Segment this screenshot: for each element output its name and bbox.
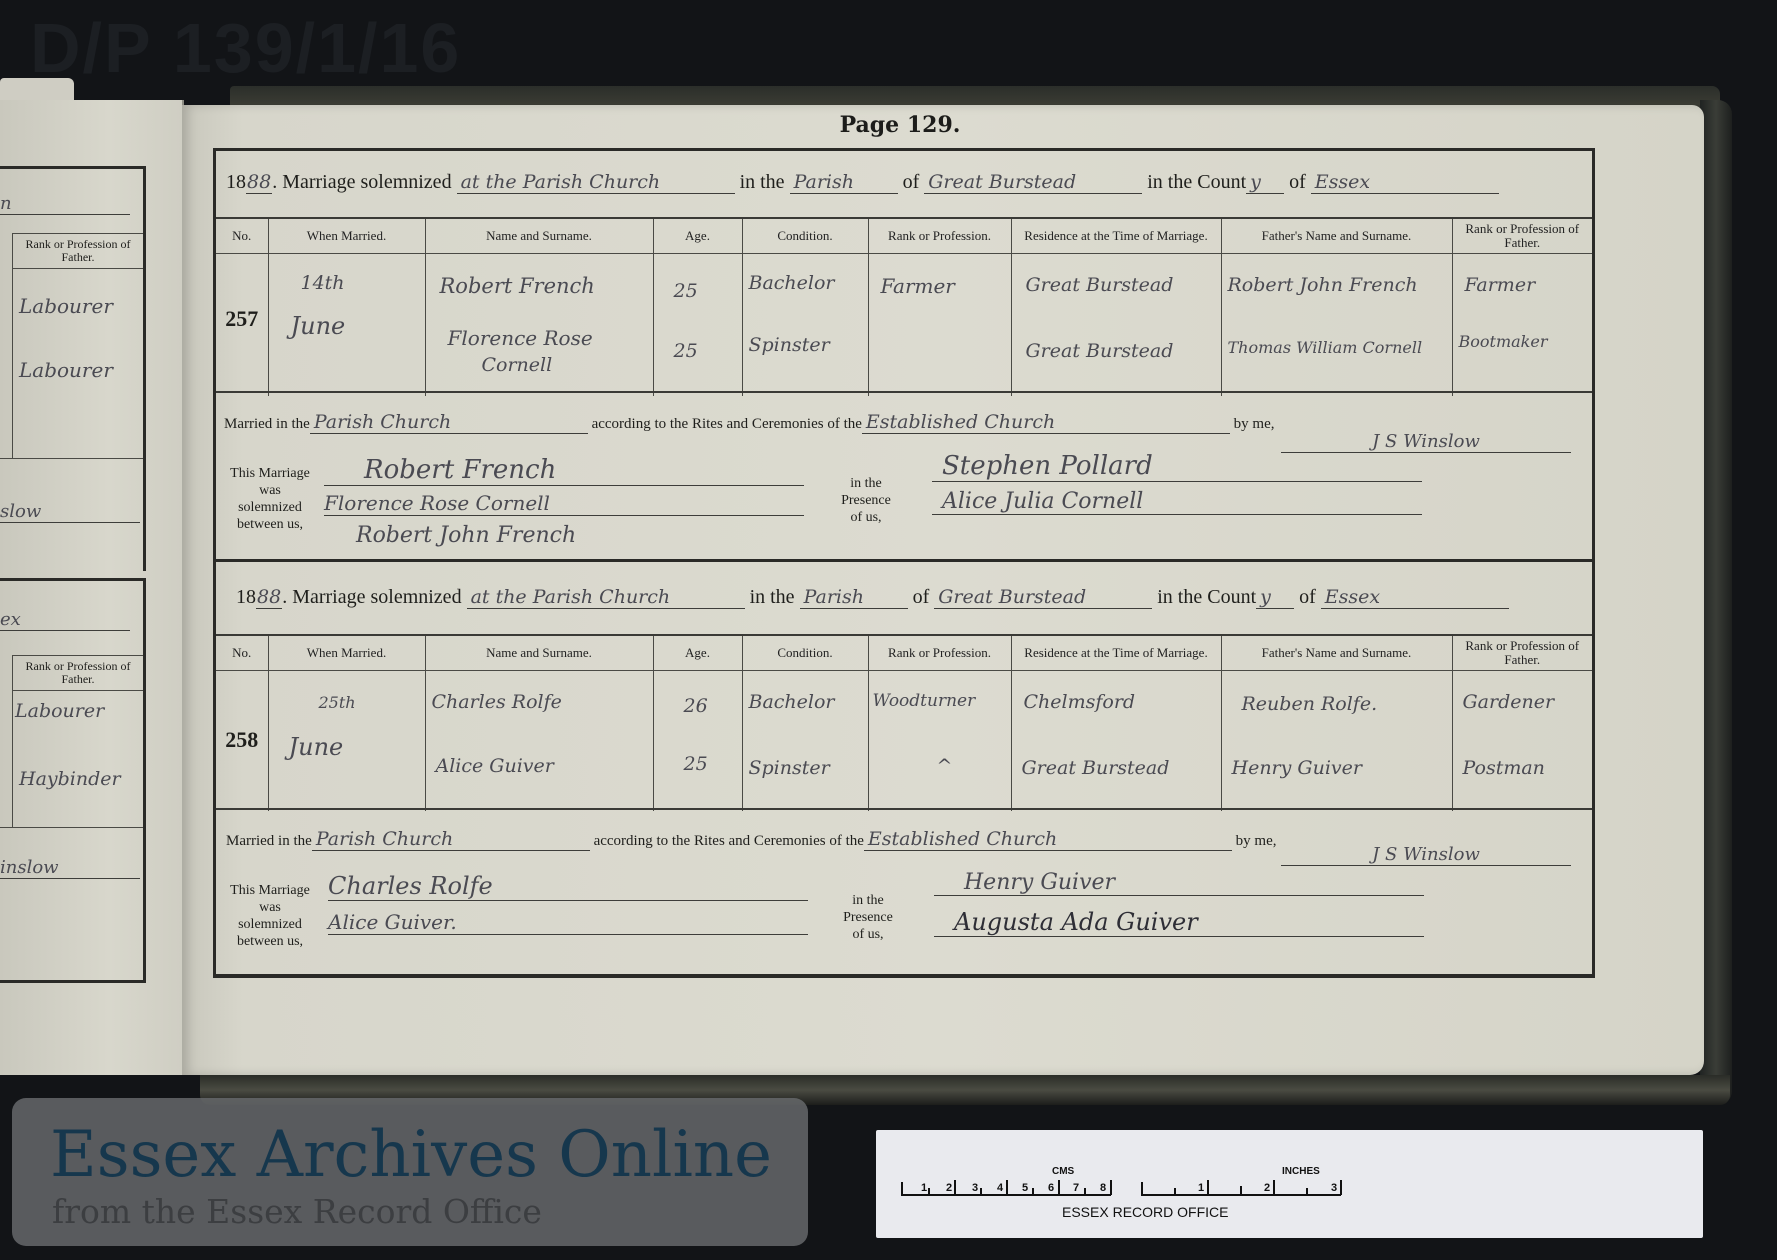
left-divider-2 [0, 827, 143, 828]
cm-tick [1006, 1180, 1008, 1195]
married-in-line: Married in theParish Church according to… [224, 411, 1274, 434]
cell-father-name: Reuben Rolfe. Henry Guiver [1221, 671, 1452, 811]
marriage-solemnized-label: . Marriage solemnized [272, 171, 451, 193]
cell-no: 257 [216, 254, 268, 396]
bride-profession-2: ^ [937, 755, 1007, 777]
col-rank: Rank or Profession. [868, 635, 1011, 671]
by-me-label: by me, [1234, 416, 1275, 432]
cell-when: 14th June [268, 254, 425, 396]
left-officiant-tail-2: inslow [0, 857, 140, 879]
groom-condition: Bachelor [749, 272, 864, 294]
col-name: Name and Surname. [425, 218, 653, 254]
col-rank: Rank or Profession. [868, 218, 1011, 254]
groom-father-profession-2: Gardener [1463, 691, 1589, 713]
col-no: No. [216, 635, 268, 671]
groom-father-profession: Farmer [1465, 274, 1589, 296]
cell-name: Charles Rolfe Alice Guiver [425, 671, 653, 811]
left-county-tail: n [0, 193, 130, 215]
groom-father-name-2: Reuben Rolfe. [1242, 693, 1448, 715]
cell-residence: Chelmsford Great Burstead [1011, 671, 1221, 811]
party-extra-signature: Robert John French [356, 523, 576, 548]
cm-tick [954, 1180, 956, 1195]
bride-condition: Spinster [749, 334, 864, 356]
bride-surname: Cornell [482, 354, 649, 376]
county-label-2: in the Count [1157, 586, 1256, 608]
lbl-of-us-2: of us, [828, 926, 908, 943]
cm-tick [1058, 1180, 1060, 1195]
inch-tick [1273, 1180, 1275, 1195]
party-signature-1-2: Charles Rolfe [328, 872, 808, 901]
lbl-between-us-2: between us, [220, 933, 320, 950]
inch-tick [1306, 1188, 1308, 1195]
left-page: n Rank or Profession of Father. Labourer… [0, 100, 184, 1075]
lbl-was-2: was [220, 899, 320, 916]
cm-number: 7 [1073, 1182, 1079, 1194]
inch-tick [1340, 1180, 1342, 1195]
col-father-name: Father's Name and Surname. [1221, 218, 1452, 254]
officiant-signature-2: J S Winslow [1281, 844, 1571, 866]
in-the-label: in the [740, 171, 785, 193]
of-label: of [903, 171, 920, 193]
witness-signature-1: Stephen Pollard [932, 451, 1422, 482]
inch-number: 2 [1264, 1182, 1270, 1194]
col-age: Age. [653, 218, 742, 254]
place-2: Great Burstead [934, 586, 1152, 609]
col-residence: Residence at the Time of Marriage. [1011, 218, 1221, 254]
cm-number: 5 [1022, 1182, 1028, 1194]
party-signature-1: Robert French [324, 455, 804, 486]
of-label-2: of [913, 586, 930, 608]
cell-age: 26 25 [653, 671, 742, 811]
left-father-prof-1: Labourer [19, 294, 113, 318]
county-of-label-2: of [1299, 586, 1316, 608]
married-month-2: June [289, 733, 421, 761]
watermark-subtitle: from the Essex Record Office [52, 1192, 542, 1231]
cell-father-rank: Gardener Postman [1452, 671, 1592, 811]
col-father-name: Father's Name and Surname. [1221, 635, 1452, 671]
cell-condition: Bachelor Spinster [742, 254, 868, 396]
bride-age: 25 [674, 340, 738, 362]
lbl-was: was [220, 482, 320, 499]
witness-signature-2: Alice Julia Cornell [932, 489, 1422, 515]
left-father-prof-4: Haybinder [19, 768, 121, 790]
left-divider [0, 458, 143, 459]
cell-father-rank: Farmer Bootmaker [1452, 254, 1592, 396]
book-cover-right [1700, 100, 1732, 1105]
left-col-header-2: Rank or Profession of Father. [13, 656, 143, 691]
according-to-label: according to the Rites and Ceremonies of… [592, 416, 862, 432]
parish-2: Parish [800, 586, 908, 609]
cell-no: 258 [216, 671, 268, 811]
left-father-prof-2: Labourer [19, 358, 113, 382]
marriage-entry-257: 1888. Marriage solemnized at the Parish … [213, 148, 1595, 562]
parish: Parish [790, 171, 898, 194]
lbl-this-marriage: This Marriage [220, 465, 320, 482]
year-suffix: 88 [246, 171, 272, 194]
groom-residence: Great Burstead [1026, 274, 1217, 296]
cell-condition: Bachelor Spinster [742, 671, 868, 811]
county-label: in the Count [1147, 171, 1246, 193]
presence-label-2: in the Presence of us, [828, 892, 908, 943]
inch-tick [1240, 1186, 1242, 1195]
cell-name: Robert French Florence Rose Cornell [425, 254, 653, 396]
groom-residence-2: Chelmsford [1024, 691, 1217, 713]
cm-number: 2 [946, 1182, 952, 1194]
groom-name: Robert French [440, 274, 649, 298]
bride-father-name-2: Henry Guiver [1232, 757, 1448, 779]
col-condition: Condition. [742, 218, 868, 254]
lbl-between-us: between us, [220, 516, 320, 533]
married-day: 14th [301, 272, 421, 294]
place: Great Burstead [924, 171, 1142, 194]
rites-of: Established Church [862, 411, 1230, 434]
bride-age-2: 25 [684, 753, 738, 775]
married-in-label: Married in the [224, 416, 310, 432]
cell-age: 25 25 [653, 254, 742, 396]
married-in-2: Parish Church [312, 828, 590, 851]
groom-father-name: Robert John French [1228, 274, 1448, 296]
cm-tick [1084, 1188, 1086, 1195]
cm-tick [980, 1188, 982, 1195]
marriage-entry-258: 1888. Marriage solemnized at the Parish … [213, 562, 1595, 978]
marriage-solemnized-label-2: . Marriage solemnized [282, 586, 461, 608]
register-table: No. When Married. Name and Surname. Age.… [216, 217, 1592, 396]
married-month: June [291, 312, 421, 340]
cm-number: 4 [997, 1182, 1003, 1194]
left-col-frame: Rank or Profession of Father. Labourer L… [12, 233, 143, 459]
party-signature-2-2: Alice Guiver. [328, 910, 808, 935]
according-to-label-2: according to the Rites and Ceremonies of… [594, 833, 864, 849]
solemnized-at-2: at the Parish Church [467, 586, 745, 609]
bride-residence: Great Burstead [1026, 340, 1217, 362]
table-row: 257 14th June Robert French Florence Ros… [216, 254, 1592, 396]
year-prefix-2: 18 [236, 586, 256, 608]
solemnization-block: Married in theParish Church according to… [216, 391, 1592, 561]
entry-header: 1888. Marriage solemnized at the Parish … [226, 171, 1499, 194]
entry-header-2: 1888. Marriage solemnized at the Parish … [236, 586, 1509, 609]
bride-residence-2: Great Burstead [1022, 757, 1217, 779]
col-father-rank: Rank or Profession of Father. [1452, 218, 1592, 254]
cell-father-name: Robert John French Thomas William Cornel… [1221, 254, 1452, 396]
entry-number-2: 258 [216, 727, 268, 753]
groom-age: 25 [674, 280, 738, 302]
witness-signature-2-2: Augusta Ada Guiver [934, 908, 1424, 937]
bride-father-profession: Bootmaker [1459, 332, 1589, 351]
col-age: Age. [653, 635, 742, 671]
married-in-label-2: Married in the [226, 833, 312, 849]
cm-tick [928, 1188, 930, 1195]
lbl-in-the-2: in the [828, 892, 908, 909]
page-title: Page 129. [820, 112, 980, 138]
lbl-this-marriage-2: This Marriage [220, 882, 320, 899]
left-entry-1: n Rank or Profession of Father. Labourer… [0, 166, 146, 571]
county-2: Essex [1321, 586, 1509, 609]
cell-when: 25th June [268, 671, 425, 811]
scale-ruler: CMS 1 2 3 4 5 6 7 8 INCHES 1 2 3 ESSEX R… [876, 1130, 1703, 1238]
county: Essex [1311, 171, 1499, 194]
cm-number: 3 [972, 1182, 978, 1194]
register-table-2: No. When Married. Name and Surname. Age.… [216, 634, 1592, 811]
county-of-label: of [1289, 171, 1306, 193]
cms-label: CMS [1052, 1166, 1074, 1177]
left-col-frame-2: Rank or Profession of Father. Labourer H… [12, 655, 143, 828]
cell-residence: Great Burstead Great Burstead [1011, 254, 1221, 396]
witness-signature-1-2: Henry Guiver [934, 870, 1424, 896]
county-suffix: y [1246, 171, 1284, 194]
cm-number: 6 [1048, 1182, 1054, 1194]
lbl-of-us: of us, [826, 509, 906, 526]
inch-tick [1141, 1182, 1143, 1195]
cm-number: 1 [921, 1182, 927, 1194]
officiant-signature: J S Winslow [1281, 431, 1571, 453]
cm-number: 8 [1100, 1182, 1106, 1194]
solemnization-block-2: Married in theParish Church according to… [216, 808, 1592, 977]
table-row: 258 25th June Charles Rolfe Alice Guiver… [216, 671, 1592, 811]
left-col-header: Rank or Profession of Father. [13, 234, 143, 269]
left-entry-2: ex Rank or Profession of Father. Laboure… [0, 578, 146, 983]
record-office-label: ESSEX RECORD OFFICE [1062, 1204, 1228, 1220]
cm-tick [1110, 1180, 1112, 1195]
groom-profession: Farmer [881, 274, 1007, 298]
inch-tick [1174, 1188, 1176, 1195]
groom-age-2: 26 [684, 695, 738, 717]
col-name: Name and Surname. [425, 635, 653, 671]
left-officiant-tail: slow [0, 501, 140, 523]
bride-name: Florence Rose [448, 326, 649, 350]
col-when-married: When Married. [268, 635, 425, 671]
rites-of-2: Established Church [864, 828, 1232, 851]
col-condition: Condition. [742, 635, 868, 671]
married-day-2: 25th [319, 693, 421, 712]
cm-tick [1032, 1188, 1034, 1195]
cm-tick [901, 1182, 903, 1195]
lbl-presence-2: Presence [828, 909, 908, 926]
watermark-title: Essex Archives Online [50, 1118, 772, 1192]
groom-condition-2: Bachelor [749, 691, 864, 713]
in-the-label-2: in the [750, 586, 795, 608]
bride-condition-2: Spinster [749, 757, 864, 779]
lbl-in-the: in the [826, 475, 906, 492]
col-father-rank: Rank or Profession of Father. [1452, 635, 1592, 671]
bride-name-2: Alice Guiver [436, 755, 649, 777]
county-suffix-2: y [1256, 586, 1294, 609]
groom-profession-2: Woodturner [873, 691, 1007, 711]
left-county-tail-2: ex [0, 609, 130, 631]
year-prefix: 18 [226, 171, 246, 193]
col-no: No. [216, 218, 268, 254]
lbl-solemnized: solemnized [220, 499, 320, 516]
this-marriage-label: This Marriage was solemnized between us, [220, 465, 320, 533]
col-residence: Residence at the Time of Marriage. [1011, 635, 1221, 671]
bride-father-profession-2: Postman [1463, 757, 1589, 779]
archive-reference-ghost: D/P 139/1/16 [30, 8, 461, 88]
inch-number: 3 [1331, 1182, 1337, 1194]
party-signature-2: Florence Rose Cornell [324, 491, 804, 516]
married-in-line-2: Married in theParish Church according to… [226, 828, 1276, 851]
inch-tick [1207, 1180, 1209, 1195]
lbl-solemnized-2: solemnized [220, 916, 320, 933]
married-in: Parish Church [310, 411, 588, 434]
year-suffix-2: 88 [256, 586, 282, 609]
inches-label: INCHES [1282, 1166, 1320, 1177]
col-when-married: When Married. [268, 218, 425, 254]
bride-father-name: Thomas William Cornell [1228, 338, 1448, 357]
cell-rank: Woodturner ^ [868, 671, 1011, 811]
entry-number: 257 [216, 306, 268, 332]
groom-name-2: Charles Rolfe [432, 691, 649, 713]
solemnized-at: at the Parish Church [457, 171, 735, 194]
by-me-label-2: by me, [1236, 833, 1277, 849]
left-father-prof-3: Labourer [15, 700, 104, 722]
presence-label: in the Presence of us, [826, 475, 906, 526]
lbl-presence: Presence [826, 492, 906, 509]
cell-rank: Farmer [868, 254, 1011, 396]
inch-number: 1 [1198, 1182, 1204, 1194]
this-marriage-label-2: This Marriage was solemnized between us, [220, 882, 320, 950]
